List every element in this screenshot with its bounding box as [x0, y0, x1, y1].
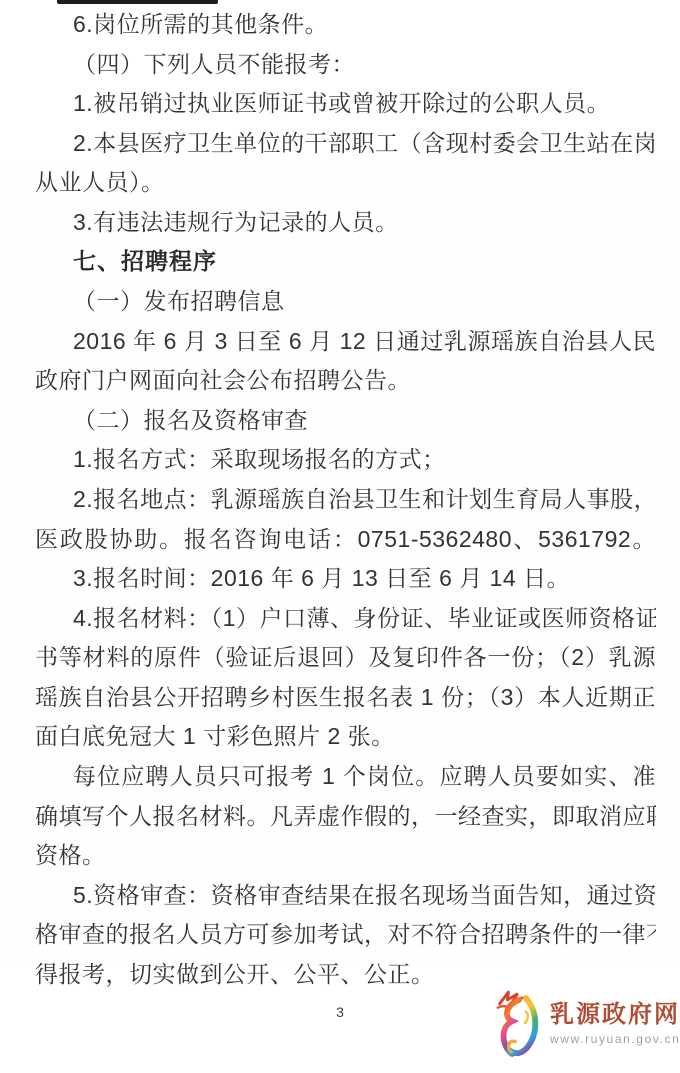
- text-line: 七、招聘程序: [35, 242, 656, 282]
- text-line: 书等材料的原件（验证后退回）及复印件各一份；（2）乳源: [35, 638, 656, 678]
- text-line: 5.资格审查：资格审查结果在报名现场当面告知，通过资: [35, 876, 656, 916]
- scan-artifact: [57, 0, 218, 4]
- text-line: 3.报名时间：2016 年 6 月 13 日至 6 月 14 日。: [35, 559, 656, 599]
- text-line: （四）下列人员不能报考：: [35, 45, 656, 85]
- text-line: 6.岗位所需的其他条件。: [35, 5, 656, 45]
- text-line: （二）报名及资格审查: [35, 401, 656, 441]
- site-logo: 乳源政府网 www.ruyuan.gov.cn: [490, 986, 680, 1073]
- text-line: 每位应聘人员只可报考 1 个岗位。应聘人员要如实、准: [35, 757, 656, 797]
- text-line: 面白底免冠大 1 寸彩色照片 2 张。: [35, 717, 656, 757]
- text-line: 4.报名材料：（1）户口薄、身份证、毕业证或医师资格证: [35, 599, 656, 639]
- text-line: 确填写个人报名材料。凡弄虚作假的，一经查实，即取消应聘: [35, 797, 656, 837]
- text-line: 1.被吊销过执业医师证书或曾被开除过的公职人员。: [35, 84, 656, 124]
- document-body: 6.岗位所需的其他条件。（四）下列人员不能报考：1.被吊销过执业医师证书或曾被开…: [35, 5, 656, 994]
- text-line: 资格。: [35, 836, 656, 876]
- text-line: 2.本县医疗卫生单位的干部职工（含现村委会卫生站在岗: [35, 124, 656, 164]
- text-line: 从业人员）。: [35, 163, 656, 203]
- text-line: 政府门户网面向社会公布招聘公告。: [35, 361, 656, 401]
- logo-text-block: 乳源政府网 www.ruyuan.gov.cn: [550, 986, 680, 1046]
- text-line: 格审查的报名人员方可参加考试，对不符合招聘条件的一律不: [35, 915, 656, 955]
- logo-site-url: www.ruyuan.gov.cn: [550, 1032, 680, 1046]
- text-line: 瑶族自治县公开招聘乡村医生报名表 1 份；（3）本人近期正: [35, 678, 656, 718]
- dragon-logo-icon: [490, 986, 548, 1066]
- text-line: （一）发布招聘信息: [35, 282, 656, 322]
- text-line: 2.报名地点：乳源瑶族自治县卫生和计划生育局人事股，: [35, 480, 656, 520]
- text-line: 3.有违法违规行为记录的人员。: [35, 203, 656, 243]
- text-line: 1.报名方式：采取现场报名的方式；: [35, 440, 656, 480]
- text-line: 医政股协助。报名咨询电话：0751-5362480、5361792。: [35, 520, 656, 560]
- document-page: 6.岗位所需的其他条件。（四）下列人员不能报考：1.被吊销过执业医师证书或曾被开…: [0, 0, 680, 1073]
- text-line: 2016 年 6 月 3 日至 6 月 12 日通过乳源瑶族自治县人民: [35, 322, 656, 362]
- logo-site-name: 乳源政府网: [550, 1002, 680, 1028]
